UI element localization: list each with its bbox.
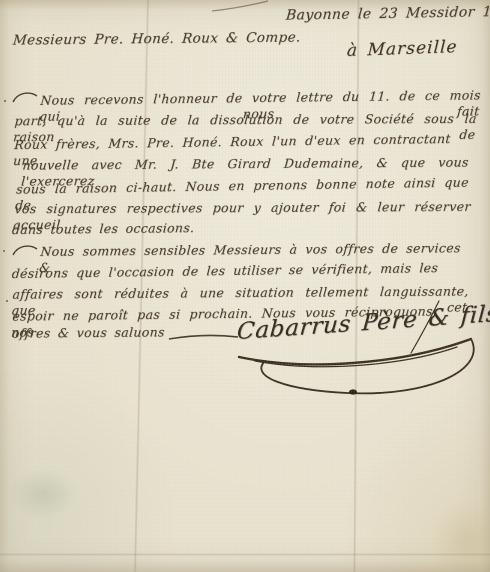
recipient-line: Messieurs Pre. Honé. Roux & Compe. <box>12 29 301 48</box>
paper-stain <box>8 468 78 520</box>
ink-speck <box>4 100 6 102</box>
ink-speck <box>3 250 5 252</box>
paragraph-flourish <box>12 243 38 257</box>
body-line: offres & vous saluons <box>11 324 165 341</box>
paper-stain <box>430 500 490 572</box>
letter-paper: Bayonne le 23 Messidor 12 Messieurs Pre.… <box>0 0 490 572</box>
dateline: Bayonne le 23 Messidor 12 <box>285 4 472 23</box>
body-line: dans toutes les occasions. <box>11 220 195 238</box>
fold-line-horizontal-bottom <box>0 553 490 556</box>
signature-flourish <box>225 295 490 405</box>
ink-speck <box>6 300 8 302</box>
paragraph-flourish <box>12 90 38 104</box>
destination-line: à Marseille <box>346 37 458 61</box>
stray-pen-stroke <box>210 0 270 12</box>
